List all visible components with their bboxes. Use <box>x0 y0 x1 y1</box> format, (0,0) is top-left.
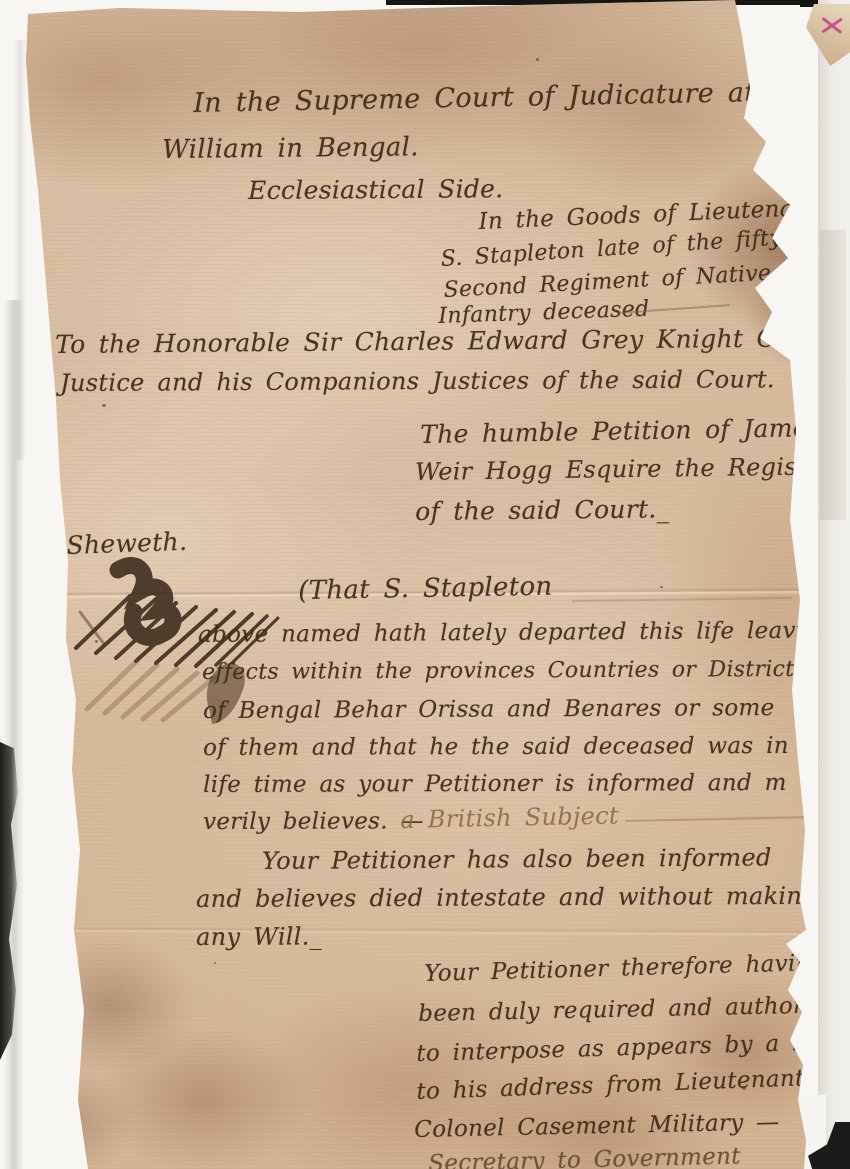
left-page-crumple-shadow-2 <box>14 40 26 460</box>
inserted-phrase: a British Subject <box>400 801 619 834</box>
blank-fill-line <box>572 597 792 602</box>
header-line-2: William in Bengal. <box>162 132 419 165</box>
body1-line-4: of Bengal Behar Orissa and Benares or so… <box>203 695 775 724</box>
body1-line-5: of them and that he the said deceased wa… <box>203 733 836 761</box>
body1-line-7: verily believes. — <box>203 808 424 835</box>
petition-paper: In the Supreme Court of Judicature at Fo… <box>0 0 850 1169</box>
underlying-page-smudge <box>820 230 846 520</box>
pink-ribbon-mark <box>820 14 842 36</box>
underlying-page-edge <box>818 0 850 1169</box>
body3-line-1: Your Petitioner therefore having <box>424 950 826 987</box>
address-line-2: Justice and his Companions Justices of t… <box>60 365 775 397</box>
body3-line-4: to his address from Lieutenant <box>416 1065 805 1105</box>
body2-line-2: and believes died intestate and without … <box>196 882 818 913</box>
address-line-1: To the Honorable Sir Charles Edward Grey… <box>55 323 825 359</box>
body2-line-1: Your Petitioner has also been informed <box>262 843 772 875</box>
body3-line-6-clipped: Secretary to Government <box>428 1143 741 1169</box>
body3-line-3: to interpose as appears by a letter <box>416 1029 850 1067</box>
petition-line-2: Weir Hogg Esquire the Registrar <box>415 452 845 486</box>
body2-line-3: any Will._ <box>196 922 322 951</box>
scanned-manuscript-page: { "page": { "description": "Aged scanned… <box>0 0 850 1169</box>
fold-crease-lower <box>35 926 800 936</box>
ink-speck <box>214 962 216 964</box>
body1-line-3: effects within the provinces Countries o… <box>202 657 806 685</box>
insert-fill-line <box>625 816 805 821</box>
petition-line-3: of the said Court._ <box>415 494 670 526</box>
body1-line-6: life time as your Petitioner is informed… <box>203 770 787 798</box>
body1-line-1: (That S. Stapleton <box>298 572 553 606</box>
petition-line-1: The humble Petition of James <box>420 413 821 449</box>
body1-line-2: above named hath lately departed this li… <box>198 618 834 648</box>
ink-speck <box>660 586 663 588</box>
body3-line-2: been duly required and authorized <box>418 992 850 1027</box>
header-line-1: In the Supreme Court of Judicature at Fo… <box>193 76 828 119</box>
ink-speck <box>102 404 106 407</box>
ink-speck <box>536 58 539 61</box>
header-line-3: Ecclesiastical Side. <box>248 174 504 205</box>
body3-line-5: Colonel Casement Military — <box>414 1109 780 1143</box>
